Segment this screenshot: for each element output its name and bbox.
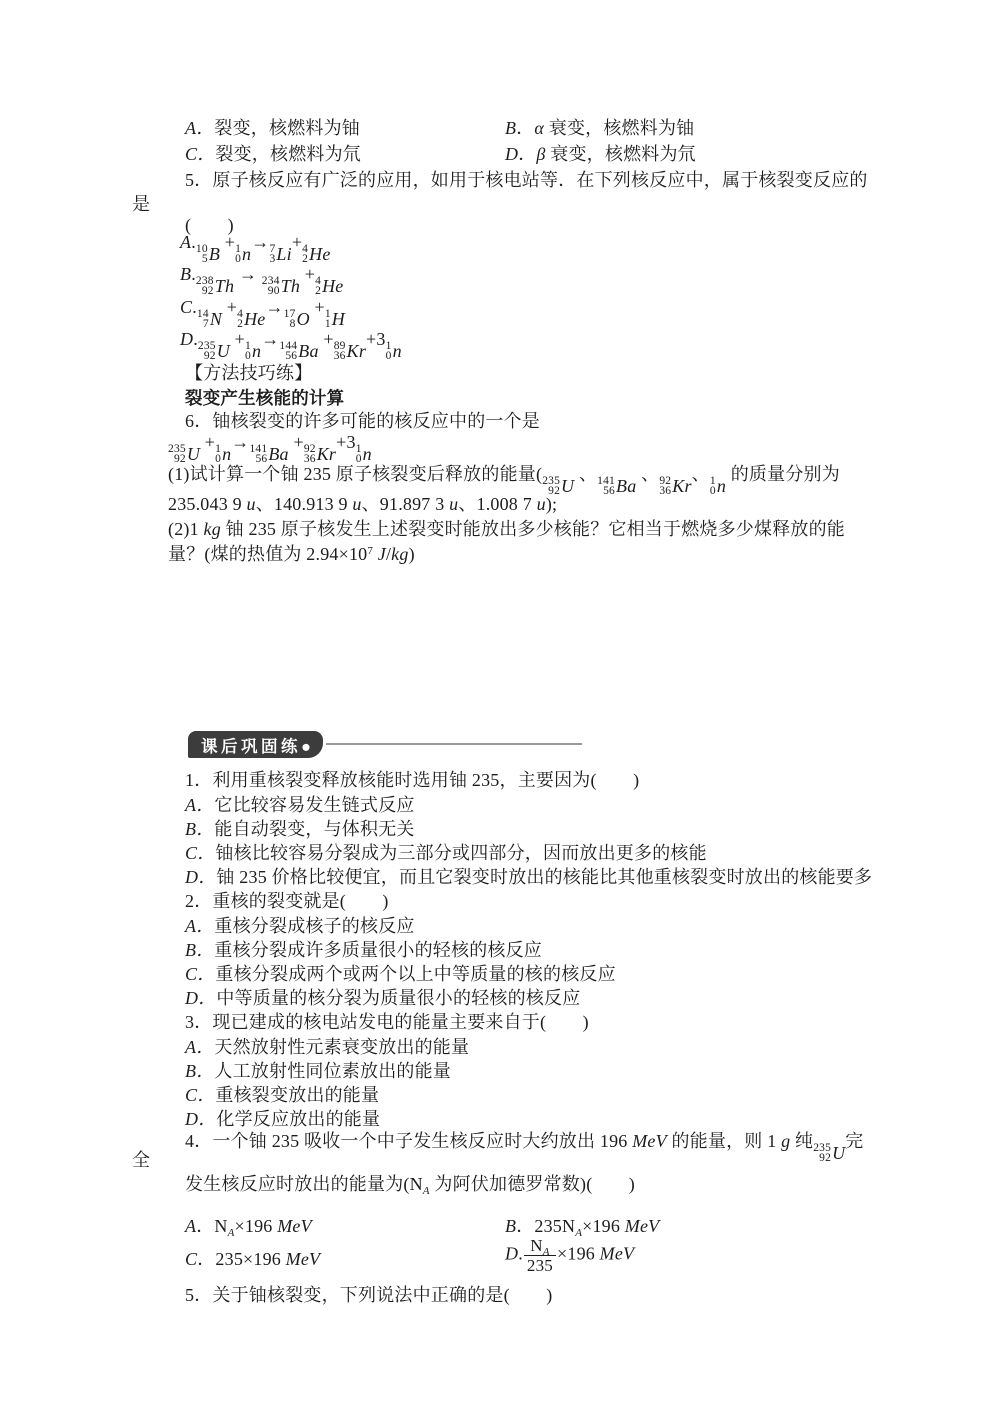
q6-equation: 23592U +10n→14156Ba +9236Kr+310n (168, 429, 372, 464)
ac-q1-option-c: C．铀核比较容易分裂成为三部分或四部分，因而放出更多的核能 (185, 840, 707, 866)
ac-q3-option-b: B．人工放射性同位素放出的能量 (185, 1058, 451, 1084)
ac-q3-stem: 3．现已建成的核电站发电的能量主要来自于( ) (185, 1009, 589, 1035)
ac-q3-option-a: A．天然放射性元素衰变放出的能量 (185, 1034, 469, 1060)
ac-q1-option-b: B．能自动裂变，与体积无关 (185, 816, 415, 842)
ac-q2-stem: 2．重核的裂变就是( ) (185, 888, 389, 914)
ac-q4-stem-wrap: 全 (132, 1147, 150, 1173)
ac-q4-option-c: C．235×196 MeV (185, 1246, 320, 1272)
ac-q4-option-a: A．NA×196 MeV (185, 1213, 312, 1239)
q5-stem-line1: 5．原子核反应有广泛的应用，如用于核电站等．在下列核反应中，属于核裂变反应的 (185, 167, 868, 193)
section-divider-rule (326, 743, 582, 745)
q5-equation-b: B.23892Th → 23490Th +42He (180, 261, 343, 296)
ac-q1-option-a: A．它比较容易发生链式反应 (185, 792, 415, 818)
q5-equation-a: A.105B +10n→73Li+42He (180, 229, 331, 264)
ac-q4-stem-line2: 发生核反应时放出的能量为(NA 为阿伏加德罗常数)( ) (185, 1171, 635, 1197)
ac-q4-stem-line1: 4．一个铀 235 吸收一个中子发生核反应时大约放出 196 MeV 的能量，则… (185, 1128, 863, 1163)
worksheet-page: A．裂变，核燃料为铀 B．α 衰变，核燃料为铀 C．裂变，核燃料为氘 D．β 衰… (0, 0, 1000, 1414)
ac-q2-option-a: A．重核分裂成核子的核反应 (185, 913, 415, 939)
q6-part2-line2: 量？(煤的热值为 2.94×107 J/kg) (168, 541, 415, 567)
q6-part1-masses: 235.043 9 u、140.913 9 u、91.897 3 u、1.008… (168, 491, 557, 517)
ac-q1-stem: 1．利用重核裂变释放核能时选用铀 235，主要因为( ) (185, 767, 639, 793)
method-section-tag: 【方法技巧练】 (185, 360, 312, 386)
q5-equation-c: C.147N +42He→178O +11H (180, 294, 345, 329)
ac-q1-option-d: D．铀 235 价格比较便宜，而且它裂变时放出的核能比其他重核裂变时放出的核能要… (185, 864, 872, 890)
prev-option-b: B．α 衰变，核燃料为铀 (505, 115, 694, 141)
after-class-badge-label: 课后巩固练● (201, 733, 314, 757)
ac-q5-stem: 5．关于铀核裂变，下列说法中正确的是( ) (185, 1282, 552, 1308)
q5-stem-wrap: 是 (132, 191, 150, 217)
q6-part2-line1: (2)1 kg 铀 235 原子核发生上述裂变时能放出多少核能？它相当于燃烧多少… (168, 516, 845, 542)
after-class-section-badge: 课后巩固练● (188, 731, 323, 758)
prev-option-d: D．β 衰变，核燃料为氘 (505, 141, 696, 167)
ac-q4-option-d: D.NA235×196 MeV (505, 1236, 634, 1275)
prev-option-a: A．裂变，核燃料为铀 (185, 115, 360, 141)
ac-q3-option-c: C．重核裂变放出的能量 (185, 1082, 379, 1108)
ac-q2-option-b: B．重核分裂成许多质量很小的轻核的核反应 (185, 937, 542, 963)
ac-q2-option-d: D．中等质量的核分裂为质量很小的轻核的核反应 (185, 985, 580, 1011)
q5-equation-d: D.23592U +10n→14456Ba +8936Kr+310n (180, 326, 402, 361)
prev-option-c: C．裂变，核燃料为氘 (185, 141, 361, 167)
ac-q2-option-c: C．重核分裂成两个或两个以上中等质量的核的核反应 (185, 961, 616, 987)
